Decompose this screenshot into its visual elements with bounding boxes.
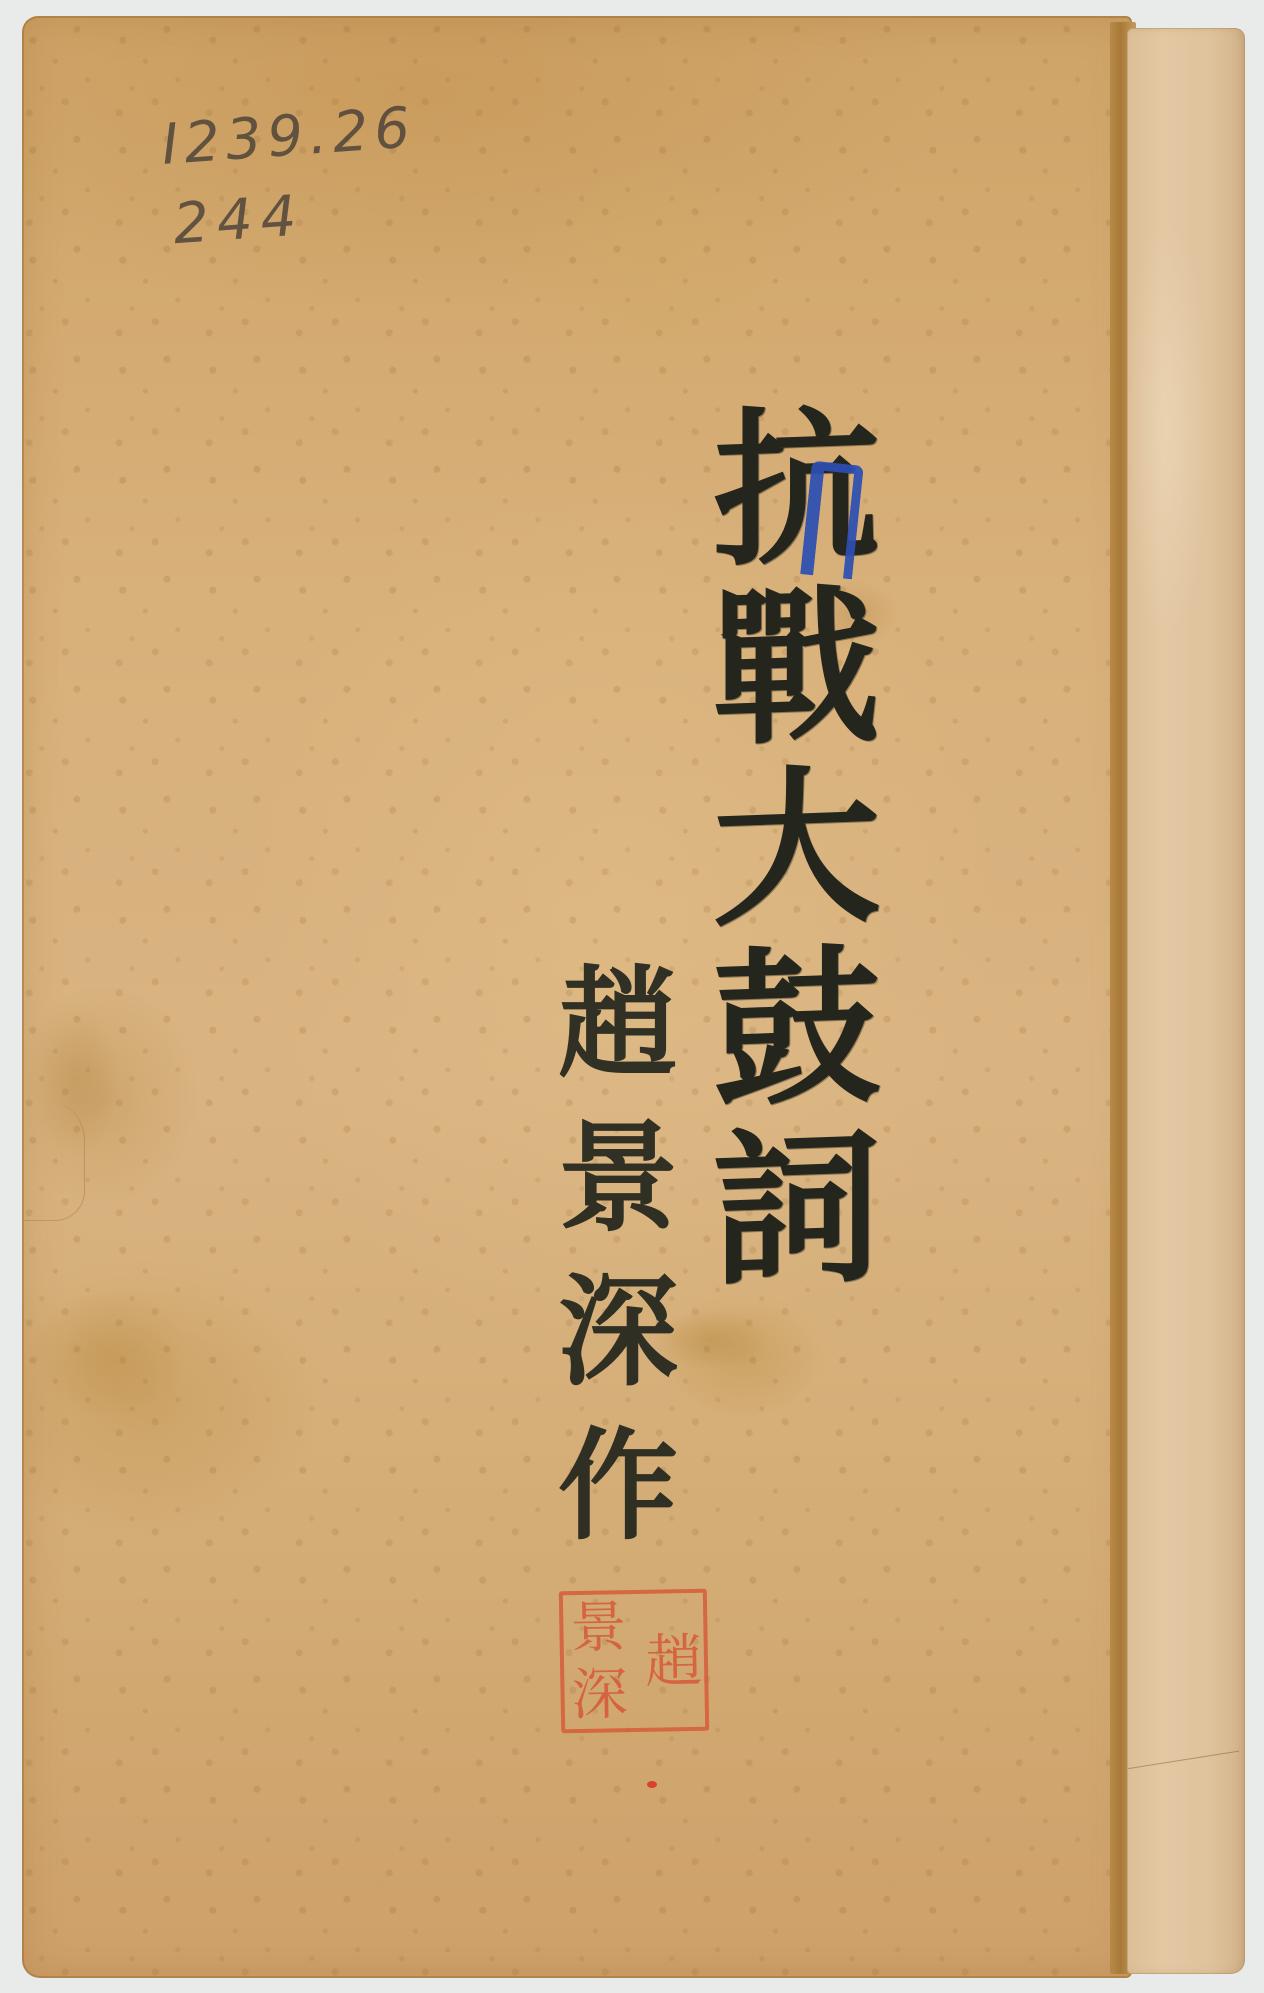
paper-tear bbox=[24, 1100, 85, 1221]
binding-spine-strip bbox=[1127, 28, 1245, 1974]
author-line: 趙景深作 bbox=[548, 960, 668, 1576]
red-seal-stamp: 趙 景 深 bbox=[559, 1589, 709, 1734]
seal-char-left-top: 景 bbox=[563, 1594, 634, 1662]
red-ink-dot bbox=[647, 1781, 657, 1788]
book-cover-scan: I239.26 244 抗戰大鼓詞 趙景深作 趙 景 深 bbox=[0, 0, 1264, 1993]
seal-char-right: 趙 bbox=[633, 1593, 705, 1728]
library-call-number: I239.26 244 bbox=[160, 100, 423, 253]
call-number-line-1: I239.26 bbox=[160, 100, 418, 174]
seal-char-left-bottom: 深 bbox=[564, 1661, 635, 1729]
